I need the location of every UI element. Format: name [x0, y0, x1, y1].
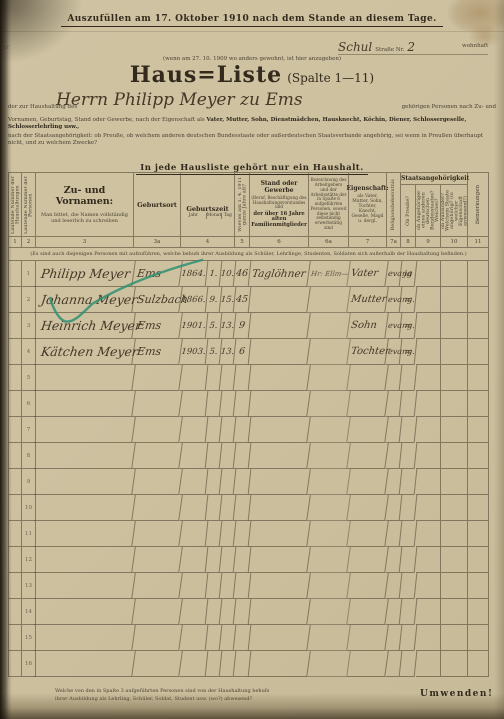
cell-religion: [386, 495, 403, 521]
form-title-suffix: (Spalte 1—11): [287, 71, 374, 85]
cell-name: [34, 417, 136, 443]
scanned-census-form: { "page": { "top_instruction": "Auszufül…: [0, 0, 504, 719]
cell-birthplace: [132, 573, 183, 599]
cell-remarks: [468, 469, 489, 495]
cell-other-german-state: [416, 365, 441, 391]
cell-employer: [307, 365, 351, 391]
table-row: 4 Kätchen Meyer Ems 1903. 5. 13. 6 Tocht…: [9, 339, 489, 365]
cell-relation: [347, 547, 389, 573]
cell-household-number: [9, 521, 22, 547]
cell-occupation: [248, 339, 311, 365]
cell-foreigner: [441, 625, 468, 651]
cell-household-number: [9, 651, 22, 677]
cell-remarks: [468, 365, 489, 391]
cell-relation: Tochter: [347, 339, 389, 365]
cell-employer: [307, 599, 351, 625]
fill-in-date-text: Auszufüllen am 17. Oktober 1910 nach dem…: [61, 14, 442, 27]
cell-foreigner: [441, 651, 468, 677]
cell-birthplace: Ems: [132, 261, 183, 287]
col-person-number-header: Laufende Nummer der Personen: [22, 173, 36, 237]
cell-prussian: [400, 625, 418, 651]
cell-other-german-state: [416, 261, 441, 287]
cell-household-number: [9, 391, 22, 417]
column-numbers-row: 1 2 3 3a 4 5 6 6a 7 7a 8 9 10 11: [9, 237, 489, 248]
cell-religion: evang.: [386, 313, 403, 339]
table-row: 5: [9, 365, 489, 391]
cell-relation: [347, 469, 389, 495]
form-title: Haus=Liste (Spalte 1—11): [0, 62, 504, 88]
cell-name: Kätchen Meyer: [34, 339, 136, 365]
cell-remarks: [468, 391, 489, 417]
table-row: 1 Philipp Meyer Ems 1864. 1. 10. 46 Tagl…: [9, 261, 489, 287]
table-row: 6: [9, 391, 489, 417]
cell-name: [34, 521, 136, 547]
cell-employer: [307, 313, 351, 339]
col-household-number-header: Laufende Nummer der Haushaltungen: [9, 173, 22, 237]
cell-household-number: [9, 599, 22, 625]
cell-employer: [307, 495, 351, 521]
cell-birth-year: [180, 417, 209, 443]
table-row: 14: [9, 599, 489, 625]
cell-birthplace: [132, 625, 183, 651]
table-body: 1 Philipp Meyer Ems 1864. 1. 10. 46 Tagl…: [9, 261, 489, 677]
cell-remarks: [468, 625, 489, 651]
cell-name: [34, 547, 136, 573]
cell-occupation: [248, 625, 311, 651]
cell-remarks: [468, 521, 489, 547]
cell-household-number: [9, 287, 22, 313]
cell-birthplace: Ems: [132, 339, 183, 365]
col-religion-header: Religionsbekenntnis: [387, 173, 401, 237]
table-row: 16: [9, 651, 489, 677]
cell-occupation: [248, 599, 311, 625]
cell-occupation: [248, 417, 311, 443]
cell-household-number: [9, 339, 22, 365]
cell-foreigner: [441, 417, 468, 443]
table-row: 15: [9, 625, 489, 651]
cell-birthplace: [132, 495, 183, 521]
cell-name: [34, 651, 136, 677]
table-row: 8: [9, 443, 489, 469]
cell-religion: evang.: [386, 287, 403, 313]
cell-foreigner: [441, 469, 468, 495]
cell-prussian: [400, 521, 418, 547]
cell-occupation: [248, 547, 311, 573]
cell-employer: [307, 469, 351, 495]
cell-birthplace: [132, 469, 183, 495]
cell-occupation: [248, 651, 311, 677]
cell-occupation: [248, 365, 311, 391]
cell-name: [34, 495, 136, 521]
cell-employer: [307, 521, 351, 547]
cell-birthplace: [132, 547, 183, 573]
cell-employer: Hr: Ellm—: [307, 261, 351, 287]
cell-relation: Sohn: [347, 313, 389, 339]
cell-remarks: [468, 287, 489, 313]
cell-household-number: [9, 261, 22, 287]
col-birthdate-header: Geburtszeit Jahr Monat Tag: [181, 173, 235, 237]
cell-birthplace: Ems: [132, 313, 183, 339]
cell-foreigner: [441, 547, 468, 573]
cell-other-german-state: [416, 391, 441, 417]
cell-relation: [347, 599, 389, 625]
cell-household-number: [9, 547, 22, 573]
sub-jahr: Jahr: [181, 213, 206, 219]
cell-relation: Vater: [347, 261, 389, 287]
cell-household-number: [9, 469, 22, 495]
col-prussian-header: Ob Preuße?: [401, 185, 415, 236]
cell-other-german-state: [416, 469, 441, 495]
cell-remarks: [468, 443, 489, 469]
intro-suffix: gehörigen Personen nach Zu- und: [402, 104, 496, 110]
cell-employer: [307, 339, 351, 365]
cell-birth-year: [180, 599, 209, 625]
cell-birth-year: [180, 651, 209, 677]
col-foreigner-header: ob Ausländer? Welchem Staate angehörig? …: [440, 185, 467, 236]
cell-name: Philipp Meyer: [34, 261, 136, 287]
turn-over-label: Umwenden!: [420, 689, 493, 699]
cell-name: Heinrich Meyer: [34, 313, 136, 339]
street-nr-label: Straße Nr.: [375, 47, 404, 54]
cell-household-number: [9, 417, 22, 443]
cell-name: [34, 391, 136, 417]
cell-occupation: [248, 287, 311, 313]
cell-occupation: [248, 391, 311, 417]
census-table: Laufende Nummer der Haushaltungen Laufen…: [8, 172, 489, 677]
cell-occupation: [248, 573, 311, 599]
intro-line3: nach der Staatsangehörigkeit: ob Preuße,…: [8, 133, 498, 147]
form-title-main: Haus=Liste: [130, 62, 282, 88]
col-birthplace-header: Geburtsort: [134, 173, 181, 237]
cell-religion: evang.: [386, 339, 403, 365]
cell-remarks: [468, 417, 489, 443]
cell-other-german-state: [416, 599, 441, 625]
cell-religion: [386, 651, 403, 677]
col-other-german-state-header: ob Angehöriger eines anderen deutschen B…: [415, 185, 440, 236]
cell-birthplace: [132, 443, 183, 469]
cell-other-german-state: [416, 417, 441, 443]
cell-foreigner: [441, 495, 468, 521]
cell-birthplace: [132, 599, 183, 625]
cell-religion: [386, 625, 403, 651]
cell-occupation: [248, 521, 311, 547]
sub-monat: Monat: [206, 213, 221, 219]
sub-tag: Tag: [221, 213, 234, 219]
cell-relation: [347, 521, 389, 547]
table-row: 12: [9, 547, 489, 573]
col-citizenship-header: Staatsangehörigkeit Ob Preuße? ob Angehö…: [401, 173, 468, 237]
cell-birth-year: [180, 365, 209, 391]
cell-employer: [307, 547, 351, 573]
cell-foreigner: [441, 313, 468, 339]
cell-religion: evang: [386, 261, 403, 287]
cell-relation: [347, 625, 389, 651]
cell-foreigner: [441, 443, 468, 469]
cell-birth-year: [180, 391, 209, 417]
cell-prussian: [400, 573, 418, 599]
table-row: 10: [9, 495, 489, 521]
table-row: 7: [9, 417, 489, 443]
cell-birth-year: [180, 469, 209, 495]
cell-relation: [347, 417, 389, 443]
fill-in-date-banner: Auszufüllen am 17. Oktober 1910 nach dem…: [0, 6, 504, 27]
cell-birth-year: 1866.: [180, 287, 209, 313]
margin-cutoff-word: Der: [0, 44, 9, 51]
cell-prussian: [400, 417, 418, 443]
cell-remarks: [468, 313, 489, 339]
cell-occupation: [248, 443, 311, 469]
cell-employer: [307, 625, 351, 651]
cell-remarks: [468, 261, 489, 287]
table-row: 11: [9, 521, 489, 547]
cell-foreigner: [441, 521, 468, 547]
cell-relation: [347, 443, 389, 469]
cell-employer: [307, 443, 351, 469]
cell-remarks: [468, 495, 489, 521]
cell-employer: [307, 391, 351, 417]
cell-birthplace: [132, 391, 183, 417]
cell-other-german-state: [416, 313, 441, 339]
cell-birthplace: Sulzbach: [132, 287, 183, 313]
cell-occupation: [248, 495, 311, 521]
cell-religion: [386, 469, 403, 495]
cell-occupation: [248, 313, 311, 339]
cell-household-number: [9, 495, 22, 521]
col-names-header: Zu- und Vornamen: Man bittet, die Namen …: [36, 173, 134, 237]
householder-name-handwritten: Herrn Philipp Meyer zu Ems: [56, 90, 303, 110]
cell-remarks: [468, 651, 489, 677]
cell-foreigner: [441, 287, 468, 313]
cell-foreigner: [441, 261, 468, 287]
cell-religion: [386, 417, 403, 443]
cell-birth-year: [180, 495, 209, 521]
cell-religion: [386, 547, 403, 573]
cell-religion: [386, 443, 403, 469]
table-row: 3 Heinrich Meyer Ems 1901. 5. 13. 9 Sohn…: [9, 313, 489, 339]
col-employer-header: Bezeichnung des Arbeitgebers und der Arb…: [309, 173, 349, 237]
cell-birth-year: [180, 443, 209, 469]
cell-prussian: [400, 651, 418, 677]
cell-foreigner: [441, 573, 468, 599]
cell-prussian: [400, 443, 418, 469]
cell-birth-year: 1901.: [180, 313, 209, 339]
cell-name: [34, 469, 136, 495]
cell-foreigner: [441, 365, 468, 391]
cell-other-german-state: [416, 625, 441, 651]
cell-name: Johanna Meyer: [34, 287, 136, 313]
cell-name: [34, 573, 136, 599]
cell-foreigner: [441, 391, 468, 417]
paper-stain: [468, 24, 502, 48]
cell-relation: [347, 495, 389, 521]
cell-prussian: [400, 391, 418, 417]
cell-prussian: [400, 469, 418, 495]
cell-employer: [307, 573, 351, 599]
cell-other-german-state: [416, 287, 441, 313]
cell-household-number: [9, 573, 22, 599]
cell-religion: [386, 391, 403, 417]
col-relation-header: Eigenschaft: als Vater, Mutter, Sohn, To…: [349, 173, 387, 237]
cell-relation: [347, 391, 389, 417]
cell-occupation: [248, 469, 311, 495]
cell-birthplace: [132, 521, 183, 547]
cell-employer: [307, 287, 351, 313]
cell-other-german-state: [416, 547, 441, 573]
cell-remarks: [468, 547, 489, 573]
footer-absent-question: Welche von den in Spalte 3 aufgeführten …: [55, 687, 385, 703]
col-occupation-header: Stand oder Gewerbe (Beruf, Beschäftigung…: [250, 173, 309, 237]
cell-remarks: [468, 339, 489, 365]
table-row: 2 Johanna Meyer Sulzbach 1866. 9. 15. 45…: [9, 287, 489, 313]
cell-employer: [307, 417, 351, 443]
cell-household-number: [9, 365, 22, 391]
cell-birth-year: [180, 573, 209, 599]
cell-birthplace: [132, 365, 183, 391]
cell-birthplace: [132, 651, 183, 677]
cell-household-number: [9, 625, 22, 651]
cell-relation: Mutter: [347, 287, 389, 313]
include-absent-persons-note: (Es sind auch diejenigen Personen mit au…: [9, 248, 489, 261]
cell-other-german-state: [416, 573, 441, 599]
cell-birth-year: [180, 521, 209, 547]
cell-occupation: Taglöhner: [248, 261, 311, 287]
cell-name: [34, 365, 136, 391]
cell-birthplace: [132, 417, 183, 443]
cell-birth-year: 1864.: [180, 261, 209, 287]
cell-other-german-state: [416, 521, 441, 547]
cell-employer: [307, 651, 351, 677]
cell-religion: [386, 573, 403, 599]
cell-name: [34, 599, 136, 625]
cell-prussian: [400, 495, 418, 521]
faint-rule: [0, 31, 504, 32]
cell-prussian: [400, 599, 418, 625]
table-header-row: Laufende Nummer der Haushaltungen Laufen…: [9, 173, 489, 237]
cell-other-german-state: [416, 443, 441, 469]
cell-relation: [347, 365, 389, 391]
cell-relation: [347, 573, 389, 599]
table-row: 13: [9, 573, 489, 599]
intro-line2: Vornamen, Geburtstag, Stand oder Gewerbe…: [8, 117, 498, 131]
cell-birth-year: 1903.: [180, 339, 209, 365]
table-row: 9: [9, 469, 489, 495]
cell-prussian: [400, 547, 418, 573]
cell-remarks: [468, 599, 489, 625]
cell-prussian: [400, 365, 418, 391]
street-name-handwritten: Schul: [338, 40, 372, 54]
cell-birth-year: [180, 625, 209, 651]
intro-line2-plain: Vornamen, Geburtstag, Stand oder Gewerbe…: [8, 117, 206, 123]
cell-name: [34, 443, 136, 469]
cell-other-german-state: [416, 339, 441, 365]
cell-religion: [386, 365, 403, 391]
cell-birth-year: [180, 547, 209, 573]
col-remarks-header: Bemerkungen: [468, 173, 489, 237]
cell-other-german-state: [416, 495, 441, 521]
cell-foreigner: [441, 339, 468, 365]
cell-foreigner: [441, 599, 468, 625]
cell-remarks: [468, 573, 489, 599]
cell-relation: [347, 651, 389, 677]
cell-name: [34, 625, 136, 651]
col-age-header: Wieviel am 1. 4. 1911 ganze Jahre alt?: [235, 173, 250, 237]
cell-household-number: [9, 313, 22, 339]
house-number-handwritten: 2: [407, 40, 415, 54]
cell-religion: [386, 599, 403, 625]
cell-household-number: [9, 443, 22, 469]
cell-religion: [386, 521, 403, 547]
cell-other-german-state: [416, 651, 441, 677]
